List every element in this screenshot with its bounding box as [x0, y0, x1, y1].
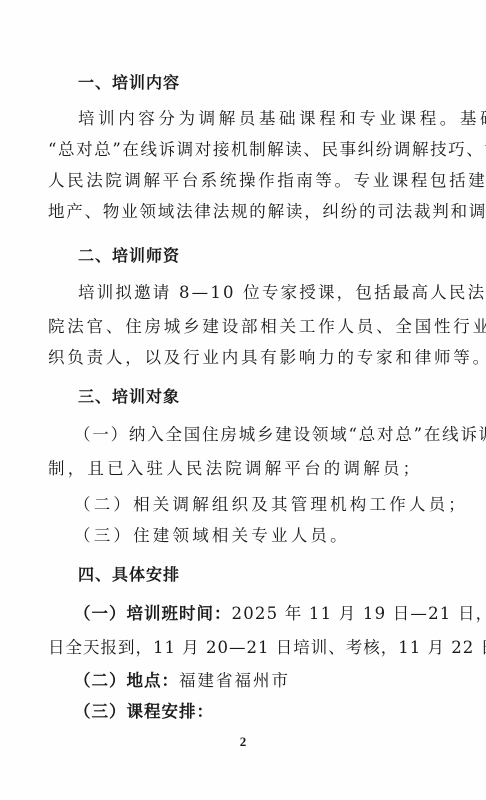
paragraph-line: 院法官、住房城乡建设部相关工作人员、全国性行业协会调解组 [48, 317, 440, 337]
item-text: 2025 年 11 月 19 日—21 日，11 月 19 [232, 604, 486, 623]
page-number: 2 [233, 734, 253, 750]
list-item-line: （一）纳入全国住房城乡建设领域“总对总”在线诉调对接机 [74, 425, 436, 445]
list-item-line: （二）相关调解组织及其管理机构工作人员； [74, 495, 436, 515]
list-item-line: 制，且已入驻人民法院调解平台的调解员； [48, 459, 440, 479]
section-heading: 三、培训对象 [78, 387, 440, 407]
document-page: 一、培训内容 培训内容分为调解员基础课程和专业课程。基础课程包括 “总对总”在线… [0, 0, 486, 800]
schedule-item-time: （一）培训班时间：2025 年 11 月 19 日—21 日，11 月 19 [74, 604, 436, 624]
item-label: （一）培训班时间： [74, 604, 232, 623]
schedule-item-continuation: 日全天报到，11 月 20—21 日培训、考核，11 月 22 日返程。 [48, 638, 440, 658]
paragraph-line: 织负责人，以及行业内具有影响力的专家和律师等。 [48, 348, 440, 368]
item-text: 福建省福州市 [179, 671, 290, 690]
paragraph-line: “总对总”在线诉调对接机制解读、民事纠纷调解技巧、调解理论、 [48, 140, 440, 160]
schedule-item-course: （三）课程安排： [74, 702, 436, 722]
item-label: （二）地点： [74, 671, 179, 690]
paragraph-line: 培训拟邀请 8—10 位专家授课，包括最高人民法院及地方法 [78, 283, 440, 303]
schedule-item-location: （二）地点：福建省福州市 [74, 671, 436, 691]
paragraph-line: 人民法院调解平台系统操作指南等。专业课程包括建设工程、房 [48, 171, 440, 191]
list-item-line: （三）住建领域相关专业人员。 [74, 526, 436, 546]
section-heading: 一、培训内容 [78, 73, 440, 93]
section-heading: 四、具体安排 [78, 565, 440, 585]
paragraph-line: 地产、物业领域法律法规的解读，纠纷的司法裁判和调解实践等。 [48, 202, 440, 222]
section-heading: 二、培训师资 [78, 246, 440, 266]
paragraph-line: 培训内容分为调解员基础课程和专业课程。基础课程包括 [78, 109, 440, 129]
item-label: （三）课程安排： [74, 702, 214, 721]
